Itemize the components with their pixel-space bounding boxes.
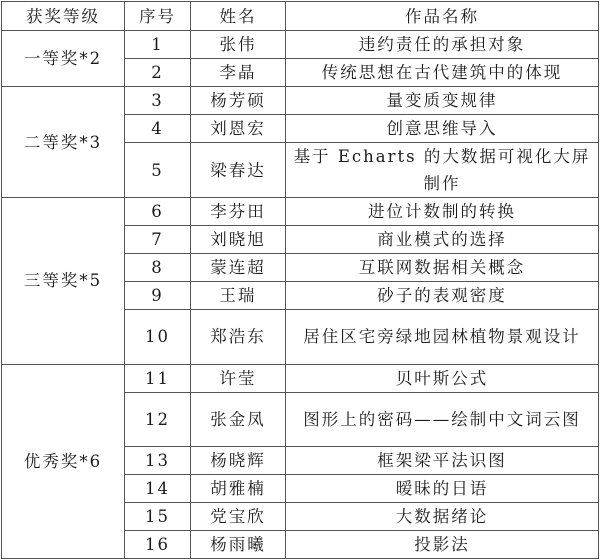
table-row: 一等奖*2 1 张伟 违约责任的承担对象: [2, 31, 599, 59]
table-row: 二等奖*3 3 杨芳硕 量变质变规律: [2, 87, 599, 115]
work-title-cell: 创意思维导入: [286, 115, 599, 143]
work-title-cell: 大数据绪论: [286, 503, 599, 531]
serial-no-cell: 11: [125, 364, 191, 392]
work-title-cell: 量变质变规律: [286, 87, 599, 115]
work-title-cell: 进位计数制的转换: [286, 198, 599, 226]
name-cell: 王瑞: [191, 282, 286, 310]
header-row: 获奖等级 序号 姓名 作品名称: [2, 2, 599, 31]
serial-no-cell: 9: [125, 282, 191, 310]
work-title-cell: 传统思想在古代建筑中的体现: [286, 59, 599, 87]
name-cell: 梁春达: [191, 143, 286, 198]
serial-no-cell: 13: [125, 447, 191, 475]
name-cell: 党宝欣: [191, 503, 286, 531]
name-cell: 张金凤: [191, 392, 286, 447]
name-cell: 胡雅楠: [191, 475, 286, 503]
award-level-cell: 三等奖*5: [2, 198, 125, 365]
serial-no-cell: 6: [125, 198, 191, 226]
serial-no-cell: 4: [125, 115, 191, 143]
name-cell: 杨晓辉: [191, 447, 286, 475]
serial-no-cell: 16: [125, 531, 191, 559]
serial-no-cell: 15: [125, 503, 191, 531]
header-work-title: 作品名称: [286, 2, 599, 31]
work-title-cell: 投影法: [286, 531, 599, 559]
serial-no-cell: 1: [125, 31, 191, 59]
name-cell: 李晶: [191, 59, 286, 87]
table-row: 三等奖*5 6 李芬田 进位计数制的转换: [2, 198, 599, 226]
header-serial-no: 序号: [125, 2, 191, 31]
name-cell: 刘恩宏: [191, 115, 286, 143]
award-level-cell: 二等奖*3: [2, 87, 125, 198]
serial-no-cell: 10: [125, 310, 191, 365]
work-title-cell: 砂子的表观密度: [286, 282, 599, 310]
work-title-cell: 图形上的密码——绘制中文词云图: [286, 392, 599, 447]
serial-no-cell: 7: [125, 226, 191, 254]
header-name: 姓名: [191, 2, 286, 31]
name-cell: 杨芳硕: [191, 87, 286, 115]
name-cell: 许莹: [191, 364, 286, 392]
award-level-cell: 一等奖*2: [2, 31, 125, 87]
awards-table: 获奖等级 序号 姓名 作品名称 一等奖*2 1 张伟 违约责任的承担对象 2 李…: [1, 1, 599, 559]
name-cell: 蒙连超: [191, 254, 286, 282]
header-award-level: 获奖等级: [2, 2, 125, 31]
work-title-cell: 基于 Echarts 的大数据可视化大屏制作: [286, 143, 599, 198]
name-cell: 李芬田: [191, 198, 286, 226]
serial-no-cell: 5: [125, 143, 191, 198]
name-cell: 郑浩东: [191, 310, 286, 365]
serial-no-cell: 2: [125, 59, 191, 87]
work-title-cell: 违约责任的承担对象: [286, 31, 599, 59]
table-row: 优秀奖*6 11 许莹 贝叶斯公式: [2, 364, 599, 392]
work-title-cell: 贝叶斯公式: [286, 364, 599, 392]
serial-no-cell: 14: [125, 475, 191, 503]
work-title-cell: 暧昧的日语: [286, 475, 599, 503]
work-title-cell: 框架梁平法识图: [286, 447, 599, 475]
serial-no-cell: 8: [125, 254, 191, 282]
work-title-cell: 互联网数据相关概念: [286, 254, 599, 282]
award-level-cell: 优秀奖*6: [2, 364, 125, 559]
name-cell: 刘晓旭: [191, 226, 286, 254]
work-title-cell: 商业模式的选择: [286, 226, 599, 254]
name-cell: 张伟: [191, 31, 286, 59]
serial-no-cell: 3: [125, 87, 191, 115]
serial-no-cell: 12: [125, 392, 191, 447]
name-cell: 杨雨曦: [191, 531, 286, 559]
work-title-cell: 居住区宅旁绿地园林植物景观设计: [286, 310, 599, 365]
